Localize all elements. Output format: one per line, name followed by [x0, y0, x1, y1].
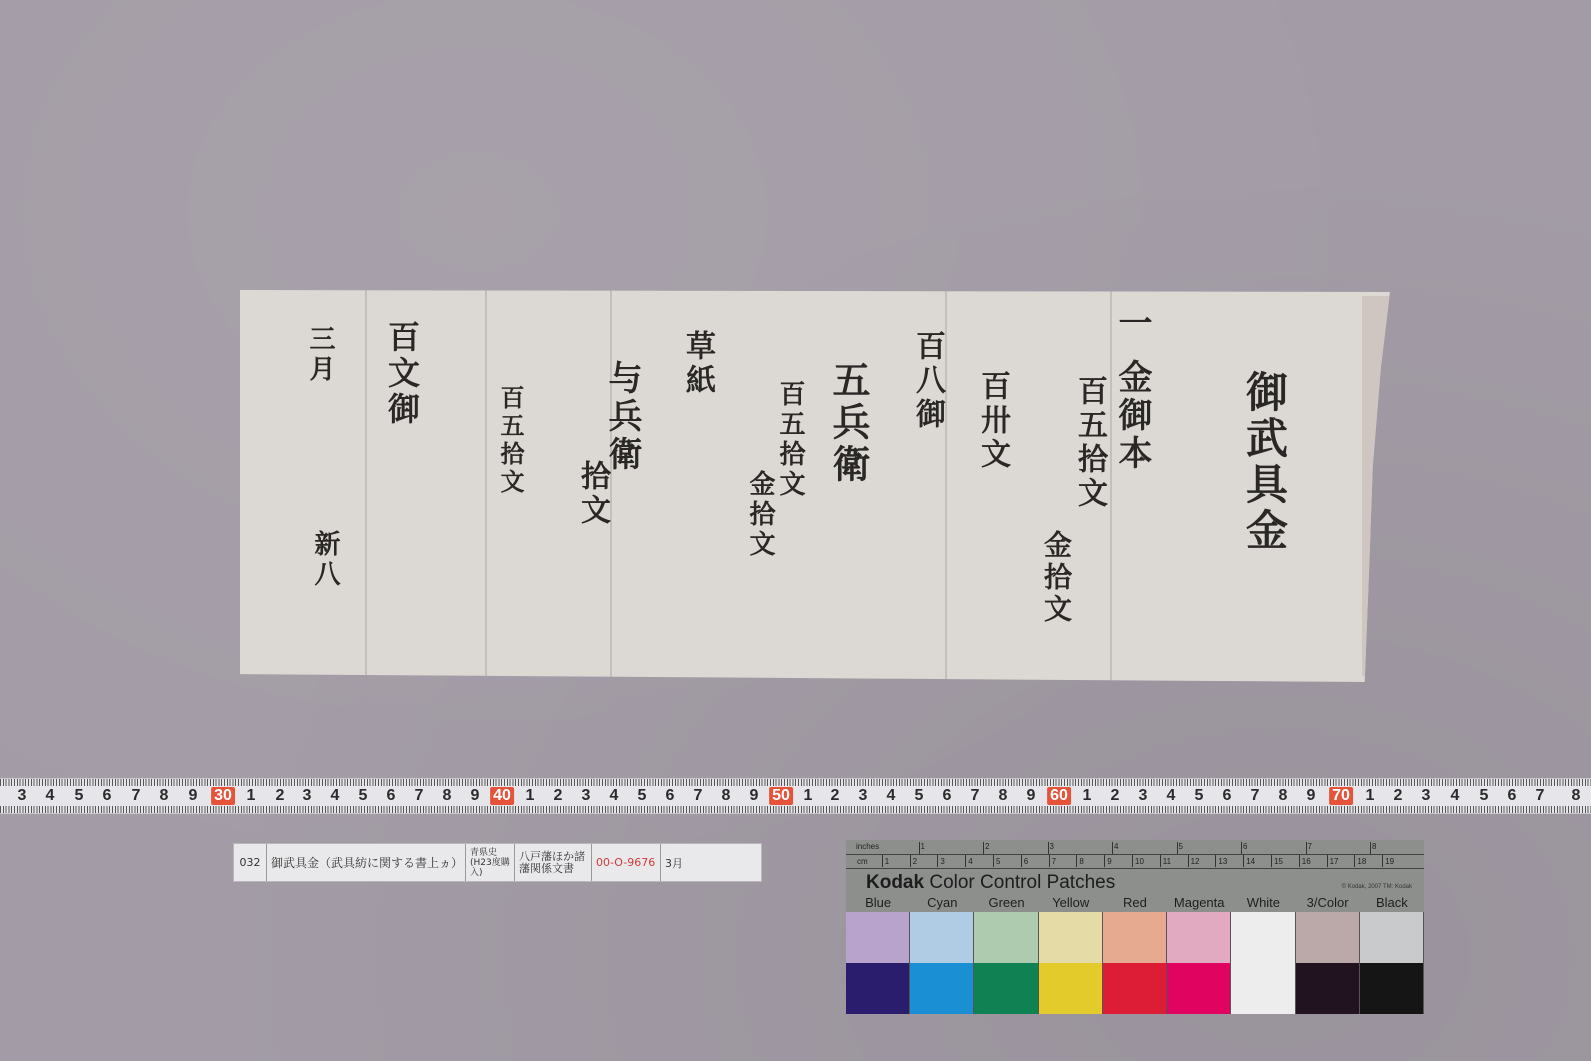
cm-tick — [937, 855, 938, 867]
patch-dark — [1103, 963, 1166, 1014]
patch-name: Red — [1103, 895, 1167, 909]
chart-title: Color Control Patches — [929, 872, 1115, 893]
kodak-logo: Kodak — [866, 872, 924, 893]
color-patch-green — [974, 912, 1038, 1014]
inch-label: 7 — [1308, 842, 1312, 851]
tape-decade-mark: 50 — [769, 787, 793, 805]
inch-tick — [1241, 842, 1242, 854]
inch-label: 8 — [1372, 842, 1376, 851]
label-source: 青県史 (H23度購 入) — [466, 844, 515, 881]
cm-label: 13 — [1218, 857, 1227, 866]
tape-cm-mark: 5 — [915, 787, 924, 805]
manuscript-column: 新八 — [307, 530, 344, 590]
tape-cm-mark: 9 — [1027, 787, 1036, 805]
patch-name: Blue — [846, 895, 910, 909]
cm-label: 7 — [1052, 857, 1056, 866]
tape-cm-mark: 5 — [359, 787, 368, 805]
patch-light — [1039, 912, 1102, 963]
tape-cm-mark: 2 — [1111, 787, 1120, 805]
tape-cm-mark: 1 — [247, 787, 256, 805]
patch-dark — [846, 963, 909, 1014]
inch-label: 6 — [1243, 842, 1247, 851]
cm-label: cm — [857, 857, 868, 866]
patch-name: Yellow — [1039, 895, 1103, 909]
tape-ticks-bottom — [0, 806, 1591, 813]
label-date: 3月 — [661, 844, 761, 881]
cm-tick — [965, 855, 966, 867]
color-patch-magenta — [1167, 912, 1231, 1014]
manuscript-column: 与兵衛 — [598, 360, 647, 474]
cm-label: 18 — [1357, 857, 1366, 866]
tape-cm-mark: 2 — [831, 787, 840, 805]
cm-tick — [1104, 855, 1105, 867]
cm-tick — [1021, 855, 1022, 867]
color-patches — [846, 912, 1424, 1014]
tape-cm-mark: 8 — [1572, 787, 1581, 805]
label-number: 032 — [234, 844, 267, 881]
cm-tick — [1354, 855, 1355, 867]
patch-dark — [1167, 963, 1230, 1014]
cm-tick — [1076, 855, 1077, 867]
cm-label: 4 — [968, 857, 972, 866]
color-patch-white — [1231, 912, 1295, 1014]
tape-cm-mark: 1 — [526, 787, 535, 805]
kodak-brand-title: Kodak Color Control Patches — [866, 872, 1115, 894]
patch-dark — [974, 963, 1037, 1014]
cm-tick — [1049, 855, 1050, 867]
tape-cm-mark: 6 — [387, 787, 396, 805]
tape-cm-mark: 2 — [276, 787, 285, 805]
inch-tick — [1177, 842, 1178, 854]
tape-cm-mark: 6 — [1508, 787, 1517, 805]
tape-cm-mark: 7 — [1536, 787, 1545, 805]
kodak-color-chart: inches12345678cm123456789101112131415161… — [846, 840, 1424, 1014]
tape-decade-mark: 40 — [490, 787, 514, 805]
patch-name: Magenta — [1167, 895, 1231, 909]
tape-cm-mark: 9 — [189, 787, 198, 805]
patch-light — [1167, 912, 1230, 963]
paper-torn-edge — [1362, 296, 1390, 676]
inch-tick — [1370, 842, 1371, 854]
tape-cm-mark: 4 — [1451, 787, 1460, 805]
patch-names: BlueCyanGreenYellowRedMagentaWhite3/Colo… — [846, 895, 1424, 909]
kodak-copyright: © Kodak, 2007 TM: Kodak — [1342, 884, 1412, 890]
cm-tick — [1271, 855, 1272, 867]
inch-label: 1 — [921, 842, 925, 851]
paper-fold-line — [365, 290, 367, 682]
tape-cm-mark: 5 — [1480, 787, 1489, 805]
label-title: 御武具金（武具紡に関する書上ヵ） — [267, 844, 466, 881]
tape-decade-mark: 60 — [1047, 787, 1071, 805]
cm-label: 10 — [1135, 857, 1144, 866]
tape-cm-mark: 6 — [666, 787, 675, 805]
patch-light — [974, 912, 1037, 963]
manuscript-column: 百五拾文 — [493, 385, 528, 497]
manuscript-document: 御武具金一 金御本百五拾文金拾文百卅文百八御五兵衛百五拾文金拾文草紙与兵衛拾文百… — [240, 290, 1390, 682]
tape-cm-mark: 3 — [303, 787, 312, 805]
tape-cm-mark: 5 — [75, 787, 84, 805]
cm-tick — [1160, 855, 1161, 867]
color-patch-cyan — [910, 912, 974, 1014]
cm-label: 14 — [1246, 857, 1255, 866]
cm-tick — [1243, 855, 1244, 867]
manuscript-column: 金拾文 — [1036, 530, 1076, 626]
patch-dark — [1231, 963, 1294, 1014]
inch-label: inches — [856, 842, 879, 851]
color-patch-red — [1103, 912, 1167, 1014]
tape-cm-mark: 4 — [887, 787, 896, 805]
patch-light — [846, 912, 909, 963]
color-patch-black — [1360, 912, 1424, 1014]
cm-tick — [1215, 855, 1216, 867]
patch-name: 3/Color — [1296, 895, 1360, 909]
cm-tick — [993, 855, 994, 867]
cm-tick — [910, 855, 911, 867]
tape-cm-mark: 1 — [1366, 787, 1375, 805]
tape-cm-mark: 7 — [694, 787, 703, 805]
cm-label: 16 — [1302, 857, 1311, 866]
cm-label: 19 — [1385, 857, 1394, 866]
tape-decade-mark: 30 — [211, 787, 235, 805]
cm-label: 6 — [1024, 857, 1028, 866]
cm-label: 5 — [996, 857, 1000, 866]
paper-fold-line — [485, 290, 487, 682]
tape-cm-mark: 8 — [1279, 787, 1288, 805]
cm-label: 3 — [940, 857, 944, 866]
tape-cm-mark: 4 — [1167, 787, 1176, 805]
patch-light — [1231, 912, 1294, 963]
cm-tick — [1327, 855, 1328, 867]
tape-cm-mark: 3 — [859, 787, 868, 805]
cm-tick — [1299, 855, 1300, 867]
patch-name: White — [1231, 895, 1295, 909]
tape-cm-mark: 9 — [750, 787, 759, 805]
manuscript-column: 百八御 — [905, 330, 949, 432]
tape-cm-mark: 7 — [1251, 787, 1260, 805]
scale-divider — [846, 854, 1424, 855]
cm-label: 8 — [1079, 857, 1083, 866]
cm-tick — [1382, 855, 1383, 867]
patch-dark — [1360, 963, 1423, 1014]
catalog-label-strip: 032 御武具金（武具紡に関する書上ヵ） 青県史 (H23度購 入) 八戸藩ほか… — [233, 843, 762, 882]
tape-cm-mark: 5 — [638, 787, 647, 805]
tape-cm-mark: 3 — [582, 787, 591, 805]
tape-cm-mark: 8 — [443, 787, 452, 805]
tape-cm-mark: 7 — [415, 787, 424, 805]
tape-cm-mark: 7 — [132, 787, 141, 805]
inch-label: 5 — [1179, 842, 1183, 851]
tape-cm-mark: 7 — [971, 787, 980, 805]
color-patch-yellow — [1039, 912, 1103, 1014]
tape-cm-mark: 5 — [1195, 787, 1204, 805]
inch-tick — [1112, 842, 1113, 854]
inch-tick — [919, 842, 920, 854]
measuring-tape: 3456789301234567894012345678950123456789… — [0, 778, 1591, 814]
inch-label: 2 — [985, 842, 989, 851]
label-collection: 八戸藩ほか諸 藩関係文書 — [515, 844, 592, 881]
tape-cm-mark: 8 — [160, 787, 169, 805]
tape-cm-mark: 4 — [331, 787, 340, 805]
inch-label: 4 — [1114, 842, 1118, 851]
tape-cm-mark: 1 — [1083, 787, 1092, 805]
manuscript-column: 金拾文 — [742, 470, 779, 560]
kodak-ruler-scale: inches12345678cm123456789101112131415161… — [846, 840, 1424, 869]
tape-decade-mark: 70 — [1329, 787, 1353, 805]
cm-label: 12 — [1191, 857, 1200, 866]
manuscript-column: 御武具金 — [1234, 370, 1294, 554]
patch-dark — [1296, 963, 1359, 1014]
inch-tick — [1048, 842, 1049, 854]
inch-tick — [1306, 842, 1307, 854]
manuscript-column: 草紙 — [675, 330, 719, 398]
tape-cm-mark: 6 — [943, 787, 952, 805]
patch-light — [1360, 912, 1423, 963]
cm-label: 2 — [913, 857, 917, 866]
label-catalog-id: 00-O-9676 — [592, 844, 661, 881]
cm-label: 11 — [1163, 857, 1171, 866]
tape-ticks-top — [0, 779, 1591, 786]
manuscript-column: 百文御 — [379, 320, 425, 428]
tape-cm-mark: 6 — [1223, 787, 1232, 805]
manuscript-column: 拾文 — [570, 460, 614, 528]
manuscript-column: 三月 — [302, 325, 339, 385]
patch-name: Black — [1360, 895, 1424, 909]
cm-label: 15 — [1274, 857, 1283, 866]
color-patch-3-color — [1296, 912, 1360, 1014]
tape-cm-mark: 9 — [471, 787, 480, 805]
manuscript-column: 一 金御本 — [1108, 305, 1157, 473]
tape-cm-mark: 8 — [999, 787, 1008, 805]
cm-label: 9 — [1107, 857, 1111, 866]
patch-dark — [1039, 963, 1102, 1014]
patch-light — [1103, 912, 1166, 963]
manuscript-column: 五兵衛 — [821, 360, 876, 486]
cm-tick — [1132, 855, 1133, 867]
tape-cm-mark: 4 — [46, 787, 55, 805]
manuscript-column: 百卅文 — [970, 370, 1014, 472]
tape-cm-mark: 3 — [1139, 787, 1148, 805]
color-patch-blue — [846, 912, 910, 1014]
cm-label: 1 — [885, 857, 889, 866]
patch-name: Green — [974, 895, 1038, 909]
inch-label: 3 — [1050, 842, 1054, 851]
cm-tick — [882, 855, 883, 867]
tape-cm-mark: 4 — [610, 787, 619, 805]
inch-tick — [983, 842, 984, 854]
tape-cm-mark: 8 — [722, 787, 731, 805]
tape-cm-mark: 2 — [1394, 787, 1403, 805]
patch-dark — [910, 963, 973, 1014]
cm-label: 17 — [1330, 857, 1339, 866]
tape-cm-mark: 3 — [1422, 787, 1431, 805]
patch-name: Cyan — [910, 895, 974, 909]
patch-light — [1296, 912, 1359, 963]
tape-cm-mark: 3 — [18, 787, 27, 805]
manuscript-column: 百五拾文 — [1067, 375, 1111, 511]
tape-cm-mark: 1 — [804, 787, 813, 805]
cm-tick — [1188, 855, 1189, 867]
tape-cm-mark: 9 — [1307, 787, 1316, 805]
tape-cm-mark: 6 — [103, 787, 112, 805]
patch-light — [910, 912, 973, 963]
tape-cm-mark: 2 — [554, 787, 563, 805]
